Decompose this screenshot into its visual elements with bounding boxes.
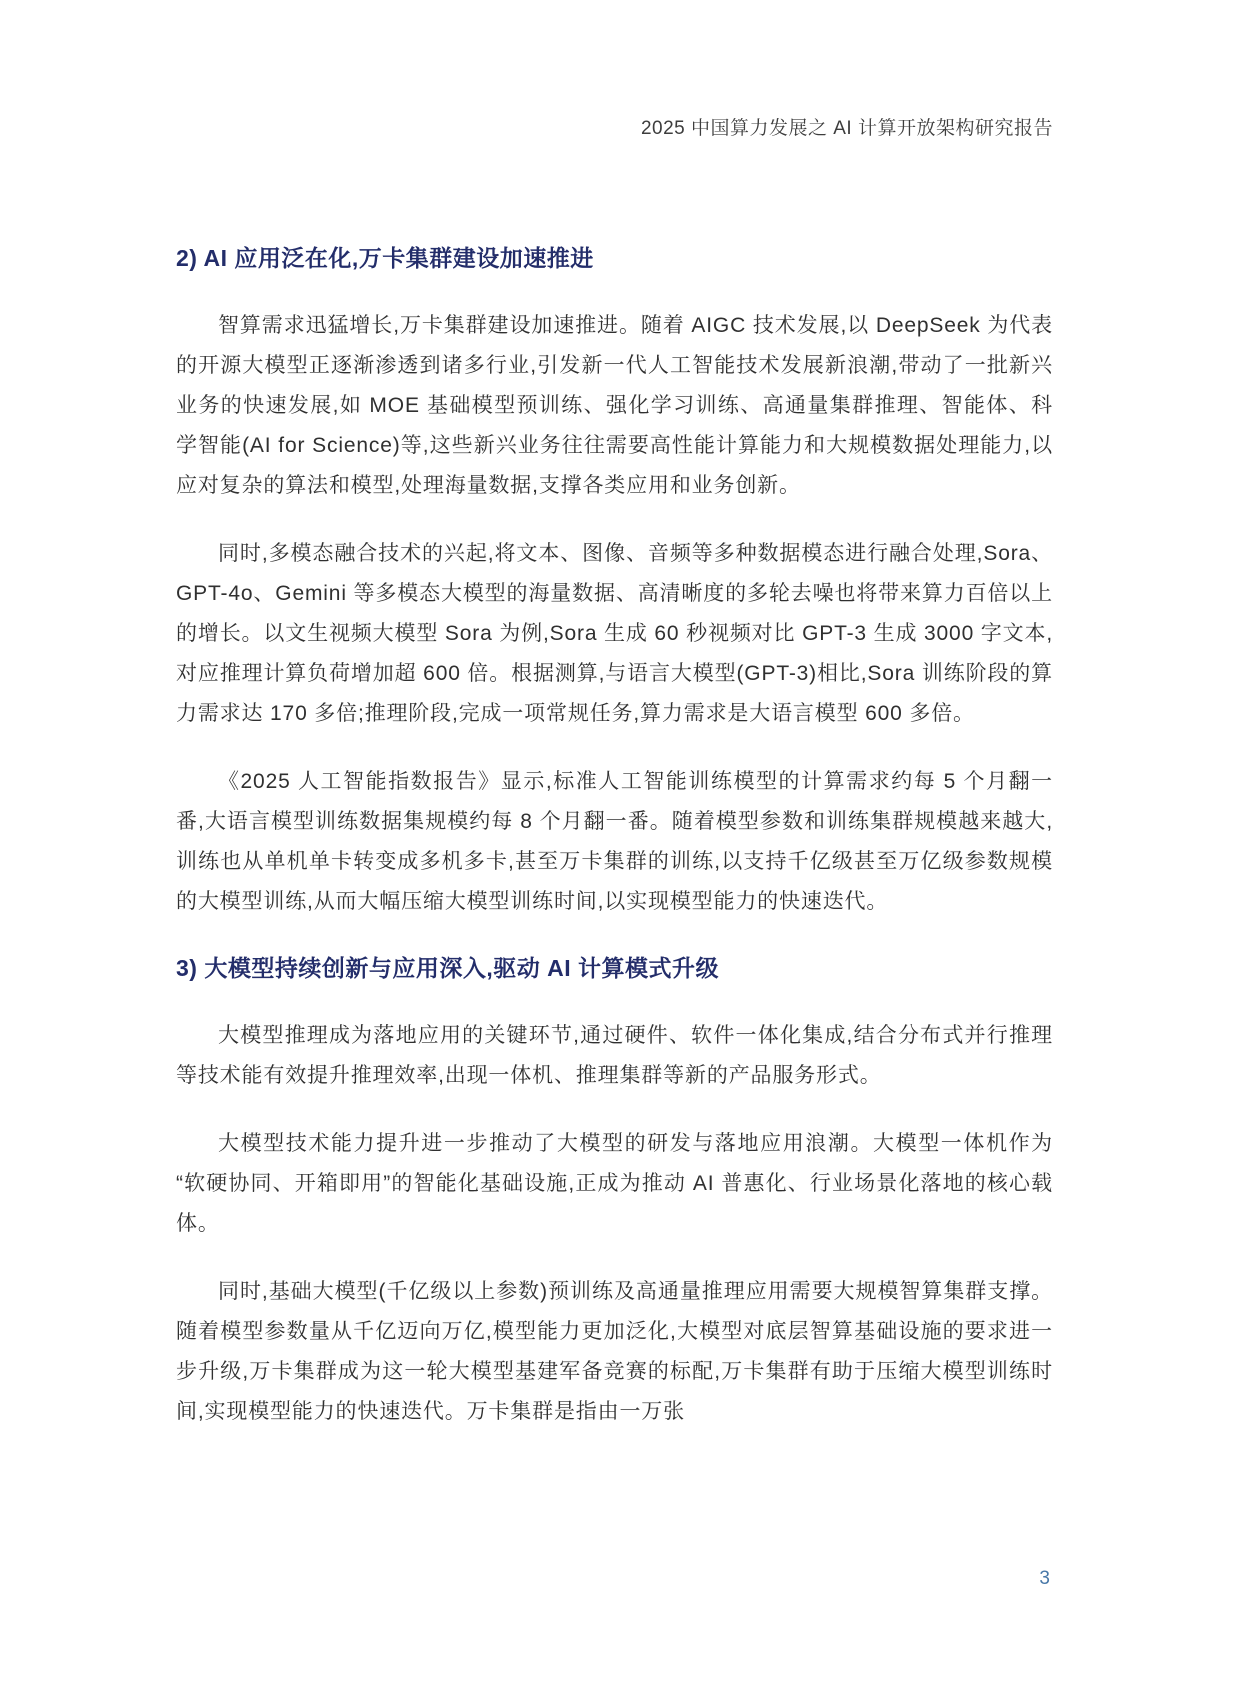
section-model-innovation: 3) 大模型持续创新与应用深入,驱动 AI 计算模式升级 大模型推理成为落地应用… [176,952,1053,1432]
section-heading-2: 2) AI 应用泛在化,万卡集群建设加速推进 [176,242,1053,274]
paragraph: 大模型技术能力提升进一步推动了大模型的研发与落地应用浪潮。大模型一体机作为“软硬… [176,1124,1053,1244]
paragraph: 同时,多模态融合技术的兴起,将文本、图像、音频等多种数据模态进行融合处理,Sor… [176,534,1053,734]
document-page: 2025 中国算力发展之 AI 计算开放架构研究报告 2) AI 应用泛在化,万… [0,0,1240,1683]
page-content: 2) AI 应用泛在化,万卡集群建设加速推进 智算需求迅猛增长,万卡集群建设加速… [176,242,1053,1432]
section-heading-3: 3) 大模型持续创新与应用深入,驱动 AI 计算模式升级 [176,952,1053,984]
running-header: 2025 中国算力发展之 AI 计算开放架构研究报告 [641,116,1053,142]
paragraph: 智算需求迅猛增长,万卡集群建设加速推进。随着 AIGC 技术发展,以 DeepS… [176,306,1053,506]
paragraph: 大模型推理成为落地应用的关键环节,通过硬件、软件一体化集成,结合分布式并行推理等… [176,1016,1053,1096]
paragraph: 《2025 人工智能指数报告》显示,标准人工智能训练模型的计算需求约每 5 个月… [176,762,1053,922]
paragraph: 同时,基础大模型(千亿级以上参数)预训练及高通量推理应用需要大规模智算集群支撑。… [176,1272,1053,1432]
section-ai-ubiquity: 2) AI 应用泛在化,万卡集群建设加速推进 智算需求迅猛增长,万卡集群建设加速… [176,242,1053,922]
page-number: 3 [1039,1566,1050,1592]
